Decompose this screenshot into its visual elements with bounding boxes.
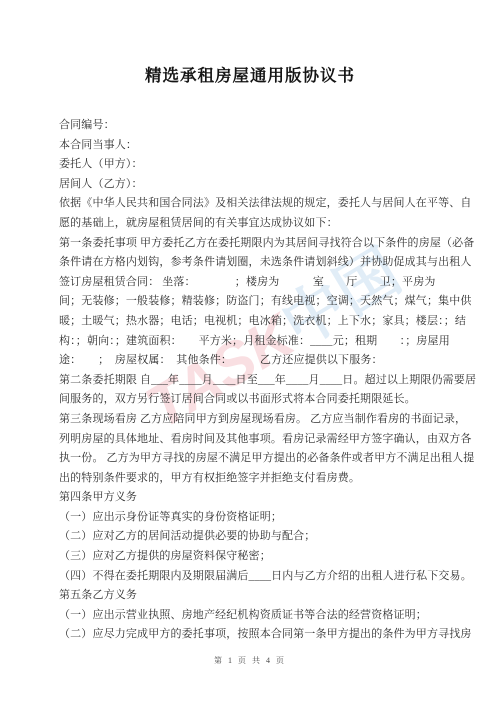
doc-line: 委托人（甲方）： xyxy=(59,155,453,175)
doc-line: （一）应出示营业执照、房地产经纪机构资质证书等合法的经营资格证明； xyxy=(59,606,453,626)
doc-line: 居间人（乙方）： xyxy=(59,175,453,195)
doc-line: 执一份。 乙方为甲方寻找的房屋不满足甲方提出的必备条件或者甲方不满足出租人提 xyxy=(59,449,453,469)
doc-line: （二）应尽力完成甲方的委托事项，按照本合同第一条甲方提出的条件为甲方寻找房 xyxy=(59,625,453,645)
doc-line: 列明房屋的具体地址、看房时间及其他事项。看房记录需经甲方签字确认，由双方各 xyxy=(59,430,453,450)
doc-line: 第三条现场看房 乙方应陪同甲方到房屋现场看房。 乙方应当制作看房的书面记录， xyxy=(59,410,453,430)
doc-line: 第五条乙方义务 xyxy=(59,586,453,606)
doc-line: 合同编号： xyxy=(59,116,453,136)
doc-line: 途： ； 房屋权属： 其他条件： 乙方还应提供以下服务： xyxy=(59,351,453,371)
document-body: 合同编号： 本合同当事人： 委托人（甲方）： 居间人（乙方）： 依据《中华人民共… xyxy=(59,116,453,645)
document-page: TASK中国 精选承租房屋通用版协议书 合同编号： 本合同当事人： 委托人（甲方… xyxy=(0,0,500,706)
doc-line: 构：；朝向：；建筑面积： 平方米；月租金标准：____元；租期 ：；房屋用 xyxy=(59,332,453,352)
document-title: 精选承租房屋通用版协议书 xyxy=(0,62,500,86)
doc-line: 第二条委托期限 自___年____月____日至___年____月____日。超… xyxy=(59,371,453,391)
doc-line: （二）应对乙方的居间活动提供必要的协助与配合； xyxy=(59,527,453,547)
doc-line: 第一条委托事项 甲方委托乙方在委托期限内为其居间寻找符合以下条件的房屋（必备 xyxy=(59,234,453,254)
doc-line: （一）应出示身份证等真实的身份资格证明； xyxy=(59,508,453,528)
doc-line: 签订房屋租赁合同： 坐落： ；楼房为 室 厅 卫；平房为 xyxy=(59,273,453,293)
doc-line: 暖；土暖气；热水器；电话；电视机；电冰箱；洗衣机；上下水；家具；楼层：；结 xyxy=(59,312,453,332)
doc-line: 出的特别条件要求的，甲方有权拒绝签字并拒绝支付看房费。 xyxy=(59,469,453,489)
doc-line: （四）不得在委托期限内及期限届满后____日内与乙方介绍的出租人进行私下交易。 xyxy=(59,567,453,587)
doc-line: 本合同当事人： xyxy=(59,136,453,156)
doc-line: 依据《中华人民共和国合同法》及相关法律法规的规定，委托人与居间人在平等、自 xyxy=(59,194,453,214)
doc-line: 间服务的，双方另行签订居间合同或以书面形式将本合同委托期限延长。 xyxy=(59,390,453,410)
doc-line: （三）应对乙方提供的房屋资料保守秘密； xyxy=(59,547,453,567)
doc-line: 第四条甲方义务 xyxy=(59,488,453,508)
page-number-footer: 第 1 页 共 4 页 xyxy=(0,655,500,666)
doc-line: 条件请在方格内划钩，参考条件请划圈，未选条件请划斜线）并协助促成其与出租人 xyxy=(59,253,453,273)
doc-line: 愿的基础上，就房屋租赁居间的有关事宜达成协议如下： xyxy=(59,214,453,234)
doc-line: 间；无装修；一般装修；精装修；防盗门；有线电视；空调；天然气；煤气；集中供 xyxy=(59,292,453,312)
